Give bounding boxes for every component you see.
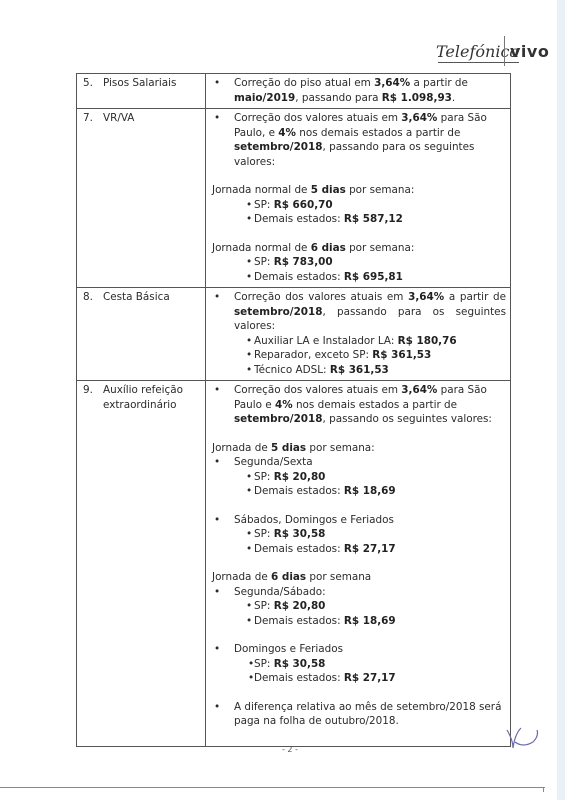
benefits-table: 5.Pisos Salariais • Correção do piso atu… [76, 73, 511, 747]
group-heading: Jornada normal de 5 dias por semana: [212, 183, 506, 198]
list-item: •Demais estados: R$ 27,17 [212, 542, 506, 557]
row-label: Auxílio refeição extraordinário [103, 383, 201, 412]
row-label-cell: 5.Pisos Salariais [77, 74, 206, 109]
page-bottom-tick [543, 787, 544, 792]
telefonica-logo: Telefónica [436, 42, 519, 61]
list-item: •Técnico ADSL: R$ 361,53 [212, 363, 506, 378]
row-number: 7. [83, 111, 103, 126]
group-heading: Jornada de 6 dias por semana [212, 570, 506, 585]
bullet-icon: • [246, 542, 254, 557]
bullet-icon: • [212, 111, 234, 169]
row-label: Cesta Básica [103, 290, 170, 305]
group-heading: Jornada normal de 6 dias por semana: [212, 241, 506, 256]
row-content-cell: • Correção dos valores atuais em 3,64% p… [206, 381, 511, 747]
list-item: • Correção dos valores atuais em 3,64% p… [212, 383, 506, 427]
list-item: •Demais estados: R$ 587,12 [212, 212, 506, 227]
bullet-icon: • [246, 614, 254, 629]
row-content-cell: • Correção dos valores atuais em 3,64% p… [206, 109, 511, 288]
list-item: • Correção dos valores atuais em 3,64% a… [212, 290, 506, 334]
row-label-cell: 8.Cesta Básica [77, 288, 206, 381]
list-item: •Demais estados: R$ 18,69 [212, 484, 506, 499]
signature-initials [505, 722, 545, 755]
list-item: • Correção dos valores atuais em 3,64% p… [212, 111, 506, 169]
bullet-icon: • [246, 470, 254, 485]
list-item: • Correção do piso atual em 3,64% a part… [212, 76, 506, 105]
list-item: •Demais estados: R$ 18,69 [212, 614, 506, 629]
bullet-icon: • [212, 76, 234, 105]
bullet-icon: • [246, 270, 254, 285]
row-number: 5. [83, 76, 103, 91]
row-number: 9. [83, 383, 103, 412]
bullet-icon: • [212, 455, 234, 470]
table-row: 8.Cesta Básica • Correção dos valores at… [77, 288, 511, 381]
item-text: Correção dos valores atuais em 3,64% par… [234, 111, 506, 169]
bullet-icon: • [212, 383, 234, 427]
item-text: Correção dos valores atuais em 3,64% par… [234, 383, 506, 427]
list-item: •Auxiliar LA e Instalador LA: R$ 180,76 [212, 334, 506, 349]
list-item: •Reparador, exceto SP: R$ 361,53 [212, 348, 506, 363]
bullet-icon: • [246, 599, 254, 614]
list-item: •SP: R$ 783,00 [212, 255, 506, 270]
vivo-logo: vivo [510, 42, 549, 61]
list-item: •SP: R$ 660,70 [212, 198, 506, 213]
list-item: •Domingos e Feriados [212, 642, 506, 657]
bullet-icon: • [212, 642, 234, 657]
table-row: 5.Pisos Salariais • Correção do piso atu… [77, 74, 511, 109]
row-content-cell: • Correção dos valores atuais em 3,64% a… [206, 288, 511, 381]
scan-edge [557, 0, 565, 800]
bullet-icon: • [212, 700, 234, 729]
list-item: •Segunda/Sábado: [212, 585, 506, 600]
bullet-icon: • [246, 255, 254, 270]
list-item: •SP: R$ 30,58 [212, 657, 506, 672]
row-label: Pisos Salariais [103, 76, 176, 91]
list-item: •Demais estados: R$ 27,17 [212, 671, 506, 686]
list-item: •A diferença relativa ao mês de setembro… [212, 700, 506, 729]
page-bottom-line [0, 787, 545, 788]
table-row: 9.Auxílio refeição extraordinário • Corr… [77, 381, 511, 747]
bullet-icon: • [246, 212, 254, 227]
row-label: VR/VA [103, 111, 134, 126]
list-item: •SP: R$ 20,80 [212, 599, 506, 614]
bullet-icon: • [246, 348, 254, 363]
bullet-icon: • [212, 290, 234, 334]
list-item: •Demais estados: R$ 695,81 [212, 270, 506, 285]
table-row: 7.VR/VA • Correção dos valores atuais em… [77, 109, 511, 288]
list-item: •SP: R$ 30,58 [212, 527, 506, 542]
note-text: A diferença relativa ao mês de setembro/… [234, 700, 506, 729]
list-item: •SP: R$ 20,80 [212, 470, 506, 485]
bullet-icon: • [246, 484, 254, 499]
bullet-icon: • [212, 513, 234, 528]
page-number: - 2 - [282, 745, 298, 754]
row-number: 8. [83, 290, 103, 305]
bullet-icon: • [246, 334, 254, 349]
row-label-cell: 9.Auxílio refeição extraordinário [77, 381, 206, 747]
item-text: Correção do piso atual em 3,64% a partir… [234, 76, 506, 105]
logo-divider [504, 36, 505, 66]
bullet-icon: • [246, 198, 254, 213]
list-item: •Sábados, Domingos e Feriados [212, 513, 506, 528]
group-heading: Jornada de 5 dias por semana: [212, 441, 506, 456]
row-content-cell: • Correção do piso atual em 3,64% a part… [206, 74, 511, 109]
bullet-icon: • [246, 527, 254, 542]
list-item: •Segunda/Sexta [212, 455, 506, 470]
logo-underline [438, 62, 519, 63]
bullet-icon: • [212, 585, 234, 600]
item-text: Correção dos valores atuais em 3,64% a p… [234, 290, 506, 334]
bullet-icon: • [246, 363, 254, 378]
telefonica-wordmark: Telefónica [436, 42, 519, 61]
row-label-cell: 7.VR/VA [77, 109, 206, 288]
